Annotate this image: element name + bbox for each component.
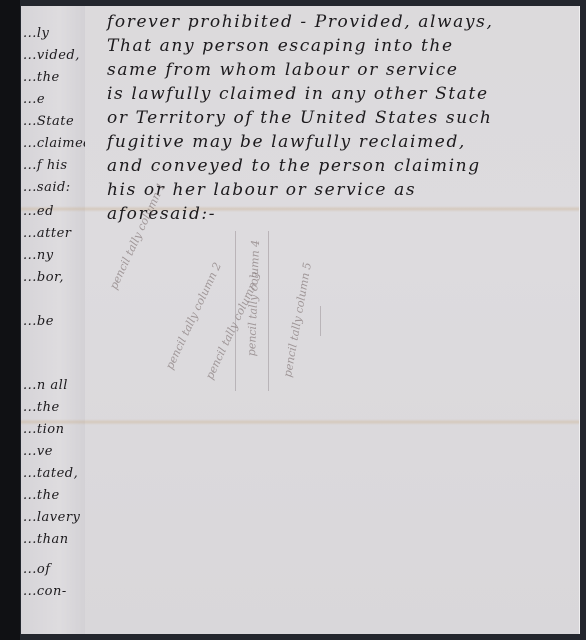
margin-text: ...of (23, 562, 51, 577)
margin-text: ...ed (23, 204, 54, 219)
text-line: fugitive may be lawfully reclaimed, (107, 132, 466, 152)
text-line: same from whom labour or service (107, 60, 459, 80)
margin-text: ...n all (23, 378, 68, 393)
margin-text: ...lavery (23, 510, 80, 525)
margin-text: ...be (23, 314, 54, 329)
margin-text: ...the (23, 70, 60, 85)
margin-text: ...e (23, 92, 45, 107)
margin-text: ...than (23, 532, 69, 547)
text-line: forever prohibited - Provided, always, (107, 12, 493, 32)
text-line: or Territory of the United States such (107, 108, 492, 128)
left-page-fragment: ...ly ...vided, ...the ...e ...State ...… (21, 6, 86, 634)
margin-text: ...ny (23, 248, 54, 263)
margin-text: ...vided, (23, 48, 80, 63)
pencil-rule (320, 306, 321, 336)
margin-text: ...ly (23, 26, 49, 41)
margin-text: ...tion (23, 422, 64, 437)
text-line: and conveyed to the person claiming (107, 156, 481, 176)
margin-text: ...atter (23, 226, 72, 241)
pencil-rule (268, 231, 269, 391)
margin-text: ...claimed (23, 136, 86, 151)
scan-edge (0, 0, 20, 640)
text-line: is lawfully claimed in any other State (107, 84, 489, 104)
margin-text: ...tated, (23, 466, 78, 481)
margin-text: ...f his (23, 158, 68, 173)
margin-text: ...con- (23, 584, 67, 599)
main-page: forever prohibited - Provided, always, T… (85, 6, 579, 634)
margin-text: ...the (23, 400, 60, 415)
margin-text: ...State (23, 114, 74, 129)
fold-crease (85, 419, 579, 425)
margin-text: ...the (23, 488, 60, 503)
margin-text: ...bor, (23, 270, 64, 285)
text-line: aforesaid:- (107, 204, 216, 224)
margin-text: ...said: (23, 180, 71, 195)
pencil-note: pencil tally column 5 (281, 261, 314, 378)
margin-text: ...ve (23, 444, 53, 459)
text-line: That any person escaping into the (107, 36, 454, 56)
pencil-note: pencil tally column 4 (245, 240, 262, 357)
